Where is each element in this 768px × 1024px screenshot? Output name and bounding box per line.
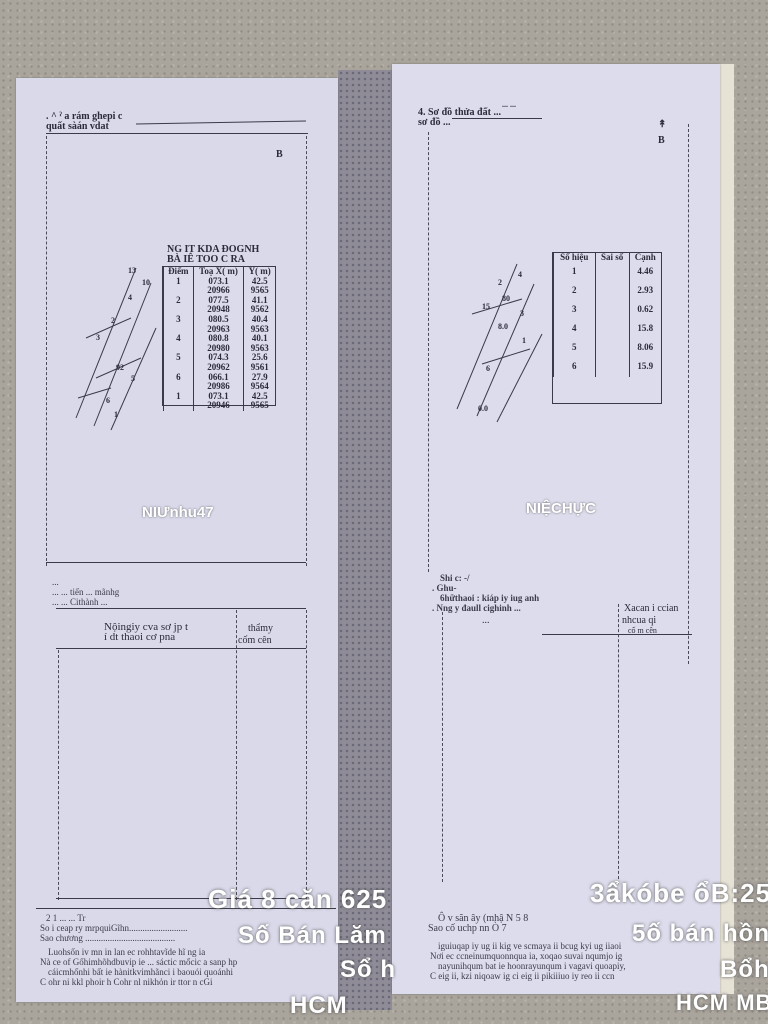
table-row: 14.46 bbox=[554, 263, 662, 282]
watermark-line: 3ẩkóbe ổB:25 bbox=[590, 878, 768, 909]
changes-col2-sub: cốm cên bbox=[238, 636, 272, 646]
plot-label: 5 bbox=[131, 374, 135, 383]
changes-table-top bbox=[56, 608, 306, 609]
cell-point: 5 bbox=[164, 353, 194, 363]
plot-label: 3 bbox=[96, 333, 100, 342]
table-row: 22.93 bbox=[554, 282, 662, 301]
plot-label: 15 bbox=[482, 302, 490, 311]
land-plot-sketch bbox=[442, 244, 552, 424]
watermark-line: Sổ h bbox=[340, 956, 396, 984]
footer-line: C eig ii, kzi niqoaw ig ci eig ii pikiii… bbox=[430, 972, 614, 982]
north-marker: B bbox=[276, 150, 283, 160]
cell-point: 1 bbox=[554, 263, 596, 282]
plot-label: 4 bbox=[128, 293, 132, 302]
cell-point: 2 bbox=[164, 296, 194, 306]
cell-point: 3 bbox=[164, 315, 194, 325]
cell-point: 6 bbox=[164, 373, 194, 383]
cell-edge: 2.93 bbox=[629, 282, 661, 301]
map-frame-left bbox=[428, 132, 429, 572]
footer-line: Sao cố uchp nn Ò 7 bbox=[428, 924, 507, 934]
plot-label: 6 bbox=[106, 396, 110, 405]
cell-empty bbox=[595, 263, 629, 282]
north-arrow-icon: ↟ bbox=[658, 120, 666, 130]
changes-table-header-bottom bbox=[542, 634, 692, 635]
changes-col2-header: thẩmy bbox=[248, 624, 273, 634]
column-header: Số hiệu bbox=[554, 253, 596, 263]
north-marker: B bbox=[658, 136, 665, 146]
cell-edge: 0.62 bbox=[629, 301, 661, 320]
coordinate-table: NG IT KDA ĐOGNH BÀ IÊ TOO C RA Điểm Toạ … bbox=[162, 266, 276, 406]
cell-point: 3 bbox=[554, 301, 596, 320]
table-row: 30.62 bbox=[554, 301, 662, 320]
footer-line: C ohr ni kkl phoir h Cohr nl nikhỏn ir t… bbox=[40, 978, 213, 988]
plot-label: 92 bbox=[116, 363, 124, 372]
changes-table-header-bottom bbox=[56, 648, 306, 649]
cell-empty bbox=[595, 339, 629, 358]
footer-line: Sao chương .............................… bbox=[40, 934, 175, 944]
watermark-line: HCM MB bbox=[676, 990, 768, 1016]
table-row: 58.06 bbox=[554, 339, 662, 358]
table-header-row: Số hiệu Sai số Cạnh bbox=[554, 253, 662, 263]
changes-col-line bbox=[618, 604, 619, 884]
right-page: ... ... 4. Sơ đồ thửa đất ... sơ đồ ... … bbox=[392, 64, 720, 994]
right-header-line2: sơ đồ ... bbox=[418, 118, 451, 128]
map-frame-left bbox=[46, 136, 47, 566]
changes-col-line bbox=[442, 612, 443, 882]
changes-col-line bbox=[306, 610, 307, 900]
coordinate-title-line2: BÀ IÊ TOO C RA bbox=[167, 255, 259, 265]
cell-edge: 15.8 bbox=[629, 320, 661, 339]
area-table: Số hiệu Sai số Cạnh 14.4622.9330.62415.8… bbox=[552, 252, 662, 404]
section-line: . Nng y đaull cighinh ... bbox=[432, 604, 521, 614]
changes-col-line bbox=[236, 610, 237, 900]
column-header: Sai số bbox=[595, 253, 629, 263]
cell-empty bbox=[164, 401, 194, 411]
cell-point: 5 bbox=[554, 339, 596, 358]
watermark-line: HCM bbox=[290, 992, 348, 1020]
table-row: 209469565 bbox=[164, 401, 276, 411]
changes-col1-sub: í dt thaoi cơ pna bbox=[104, 632, 175, 642]
document-spine bbox=[338, 70, 392, 1010]
cell-point: 4 bbox=[554, 320, 596, 339]
table-row: 615.9 bbox=[554, 358, 662, 377]
stamp-overlay: NIỆCHỰC bbox=[526, 500, 596, 517]
cell-y2: 9565 bbox=[244, 401, 275, 411]
plot-label: 3 bbox=[520, 309, 524, 318]
header-rule bbox=[452, 118, 542, 119]
cell-edge: 4.46 bbox=[629, 263, 661, 282]
header-rule bbox=[136, 121, 306, 125]
cell-point: 1 bbox=[164, 277, 194, 287]
cell-edge: 8.06 bbox=[629, 339, 661, 358]
coordinate-table-title: NG IT KDA ĐOGNH BÀ IÊ TOO C RA bbox=[167, 245, 259, 264]
cell-point: 4 bbox=[164, 334, 194, 344]
changes-col2-sub: nhcua qi bbox=[622, 616, 656, 626]
cell-edge: 15.9 bbox=[629, 358, 661, 377]
cell-empty bbox=[595, 320, 629, 339]
map-frame-right bbox=[688, 124, 689, 664]
column-header: Cạnh bbox=[629, 253, 661, 263]
plot-label: 80 bbox=[502, 294, 510, 303]
changes-col2-header: Xacan i ccian bbox=[624, 604, 678, 614]
plot-label: 6 bbox=[486, 364, 490, 373]
plot-label: 1 bbox=[522, 336, 526, 345]
cell-point: 2 bbox=[554, 282, 596, 301]
changes-col-line bbox=[58, 650, 59, 900]
left-header-line2: quất sàán vdat bbox=[46, 122, 109, 132]
watermark-line: 5ố bán hồng bbox=[632, 920, 768, 948]
left-page: . ^ ˀ a rám ghepi c quất sàán vdat B 13 … bbox=[16, 78, 338, 1002]
header-rule bbox=[46, 133, 308, 134]
watermark-line: Số Bán Lăm bbox=[238, 922, 387, 950]
plot-label: 4 bbox=[518, 270, 522, 279]
land-plot-sketch bbox=[56, 248, 166, 438]
area-grid: Số hiệu Sai số Cạnh 14.4622.9330.62415.8… bbox=[553, 253, 661, 377]
section-line: ... ... Cithành ... bbox=[52, 598, 108, 608]
cell-x2: 20946 bbox=[193, 401, 244, 411]
cell-point: 1 bbox=[164, 392, 194, 402]
plot-label: 13 bbox=[128, 266, 136, 275]
map-frame-right bbox=[306, 136, 307, 566]
plot-label: 8.0 bbox=[498, 322, 508, 331]
cell-empty bbox=[595, 282, 629, 301]
plot-label: 2 bbox=[498, 278, 502, 287]
cell-empty bbox=[595, 301, 629, 320]
watermark-line: Giá 8 căn 625 bbox=[208, 884, 387, 915]
cell-point: 6 bbox=[554, 358, 596, 377]
cell-empty bbox=[595, 358, 629, 377]
right-header-top: ... ... bbox=[502, 100, 516, 110]
changes-col1-header: ... bbox=[482, 616, 490, 626]
plot-label: 0.0 bbox=[478, 404, 488, 413]
plot-label: 2 bbox=[111, 316, 115, 325]
watermark-line: Bổh bbox=[720, 956, 768, 984]
plot-label: 10 bbox=[142, 278, 150, 287]
table-row: 415.8 bbox=[554, 320, 662, 339]
plot-label: 1 bbox=[114, 410, 118, 419]
map-frame-bottom bbox=[46, 562, 306, 563]
stamp-overlay: NIƯnhu47 bbox=[142, 504, 214, 521]
page-edge bbox=[720, 64, 734, 994]
coordinate-grid: Điểm Toạ X( m) Y( m) 1073.142.5209669565… bbox=[163, 267, 275, 411]
